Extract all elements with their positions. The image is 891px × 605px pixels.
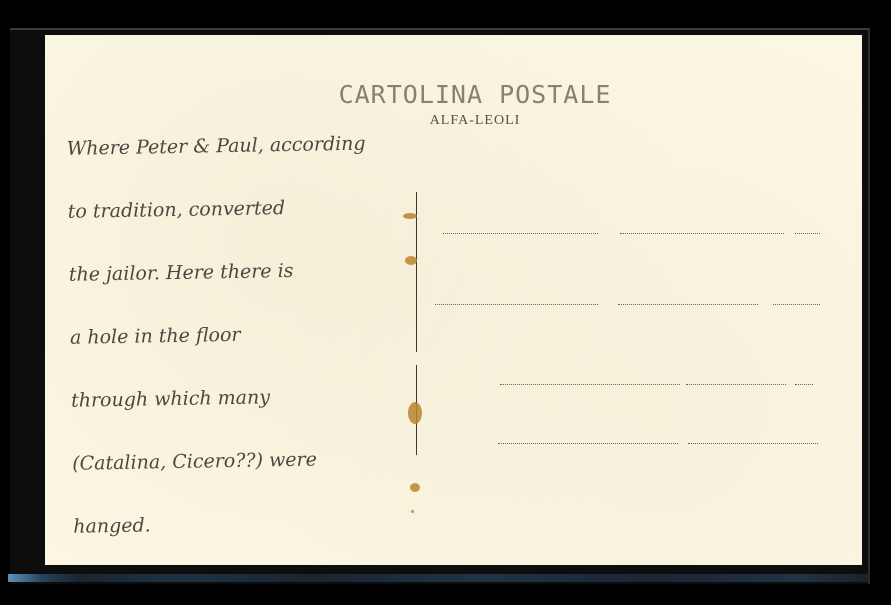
address-line-2c bbox=[773, 304, 820, 305]
message-line: the jailor. Here there is bbox=[68, 238, 389, 307]
message-line: to tradition, converted bbox=[67, 175, 388, 244]
stain bbox=[408, 402, 422, 424]
stain bbox=[405, 256, 417, 265]
message-line: a hole in the floor bbox=[69, 301, 390, 370]
address-line-3a bbox=[500, 384, 680, 385]
address-line-4a bbox=[498, 443, 678, 444]
address-line-1a bbox=[443, 233, 598, 234]
stain bbox=[403, 213, 417, 219]
address-line-2a bbox=[435, 304, 598, 305]
sleeve-glare bbox=[8, 574, 870, 582]
address-line-1b bbox=[620, 233, 784, 234]
address-line-3b bbox=[686, 384, 786, 385]
message-line: Where Peter & Paul, according bbox=[66, 112, 387, 181]
address-line-4b bbox=[688, 443, 818, 444]
message-line: through which many bbox=[71, 364, 392, 433]
stain bbox=[410, 483, 420, 492]
address-line-1c bbox=[795, 233, 820, 234]
stain bbox=[411, 510, 414, 513]
postcard-back: CARTOLINA POSTALE ALFA-LEOLI Where Peter… bbox=[45, 35, 862, 565]
postcard-title: CARTOLINA POSTALE bbox=[315, 80, 635, 109]
handwritten-message: Where Peter & Paul, according to traditi… bbox=[66, 112, 394, 559]
address-line-2b bbox=[618, 304, 758, 305]
message-line: (Catalina, Cicero??) were bbox=[72, 427, 393, 496]
message-line: hanged. bbox=[73, 490, 394, 559]
address-line-3c bbox=[795, 384, 813, 385]
